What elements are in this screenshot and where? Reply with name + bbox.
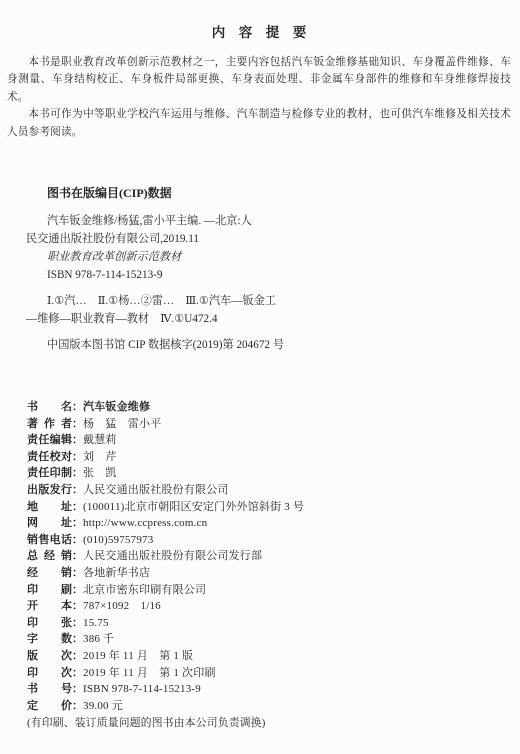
info-row: 地址：(100011)北京市朝阳区安定门外外馆斜街 3 号 <box>27 499 510 516</box>
info-colon: ： <box>72 416 83 433</box>
info-label: 印张 <box>27 615 72 632</box>
info-value: 张 凯 <box>83 467 117 479</box>
info-row: 书名：汽车钣金维修 <box>27 399 510 416</box>
summary-heading: 内 容 提 要 <box>7 21 511 41</box>
info-value: (010)59757973 <box>83 534 153 546</box>
info-label: 责任印制 <box>27 465 72 482</box>
info-label: 定价 <box>27 698 72 715</box>
info-colon: ： <box>72 465 83 482</box>
info-row: 总经销：人民交通出版社股份有限公司发行部 <box>27 548 510 565</box>
book-copyright-page: 内 容 提 要 本书是职业教育改革创新示范教材之一，主要内容包括汽车钣金维修基础… <box>0 0 520 754</box>
info-value: 各地新华书店 <box>83 567 150 579</box>
info-row: 定价：39.00 元 <box>27 698 510 715</box>
content-summary-section: 内 容 提 要 本书是职业教育改革创新示范教材之一，主要内容包括汽车钣金维修基础… <box>7 21 511 141</box>
info-label: 责任编辑 <box>27 432 72 449</box>
cip-line: ISBN 978-7-114-15213-9 <box>26 266 496 284</box>
info-label: 书号 <box>27 681 72 698</box>
info-row: 责任校对：刘 芹 <box>27 449 510 466</box>
cip-line: —维修—职业教育—教材 Ⅳ.①U472.4 <box>26 310 496 328</box>
info-value: 2019 年 11 月 第 1 次印刷 <box>83 667 216 679</box>
summary-paragraph-1: 本书是职业教育改革创新示范教材之一，主要内容包括汽车钣金维修基础知识、车身覆盖件… <box>7 54 511 106</box>
info-colon: ： <box>72 548 83 565</box>
info-row: 责任印制：张 凯 <box>27 465 510 482</box>
info-value: 人民交通出版社股份有限公司发行部 <box>83 550 262 562</box>
info-label: 印刷 <box>27 582 72 599</box>
info-value: 2019 年 11 月 第 1 版 <box>83 650 193 662</box>
info-value: 39.00 元 <box>83 700 123 712</box>
quality-note: (有印刷、装订质量问题的图书由本公司负责调换) <box>27 715 510 731</box>
info-label: 开本 <box>27 598 72 615</box>
info-value: 刘 芹 <box>83 451 117 463</box>
info-colon: ： <box>72 499 83 516</box>
info-value: 人民交通出版社股份有限公司 <box>83 484 229 496</box>
info-row: 书号：ISBN 978-7-114-15213-9 <box>27 681 510 698</box>
info-label: 销售电话 <box>27 532 72 549</box>
info-colon: ： <box>72 399 83 416</box>
info-value: 汽车钣金维修 <box>83 401 150 413</box>
info-row: 经销：各地新华书店 <box>27 565 510 582</box>
info-colon: ： <box>72 698 83 715</box>
cip-line: 中国版本图书馆 CIP 数据核字(2019)第 204672 号 <box>26 336 496 354</box>
info-label: 版次 <box>27 648 72 665</box>
info-value: 386 千 <box>83 633 114 645</box>
info-colon: ： <box>72 665 83 682</box>
info-row: 开本：787×1092 1/16 <box>27 598 510 615</box>
cip-line: 职业教育改革创新示范教材 <box>26 248 496 266</box>
info-colon: ： <box>72 532 83 549</box>
info-value: 15.75 <box>83 617 109 629</box>
info-colon: ： <box>72 681 83 698</box>
info-label: 地址 <box>27 499 72 516</box>
info-value: 戴慧莉 <box>83 434 117 446</box>
info-colon: ： <box>72 648 83 665</box>
info-colon: ： <box>72 432 83 449</box>
info-row: 销售电话：(010)59757973 <box>27 532 510 549</box>
info-label: 字数 <box>27 631 72 648</box>
info-label: 网址 <box>27 515 72 532</box>
info-label: 经销 <box>27 565 72 582</box>
info-colon: ： <box>72 482 83 499</box>
info-value: http://www.ccpress.com.cn <box>83 517 207 529</box>
summary-paragraph-2: 本书可作为中等职业学校汽车运用与维修、汽车制造与检修专业的教材，也可供汽车维修及… <box>7 106 511 141</box>
info-row: 印刷：北京市密东印刷有限公司 <box>27 582 510 599</box>
info-value: 杨 猛 雷小平 <box>83 418 161 430</box>
info-row: 著作者：杨 猛 雷小平 <box>27 416 510 433</box>
cip-body: 汽车钣金维修/杨猛,雷小平主编. —北京:人民交通出版社股份有限公司,2019.… <box>26 212 496 354</box>
publication-info-section: 书名：汽车钣金维修著作者：杨 猛 雷小平责任编辑：戴慧莉责任校对：刘 芹责任印制… <box>27 399 510 731</box>
info-colon: ： <box>72 631 83 648</box>
cip-line: Ⅰ.①汽… Ⅱ.①杨…②雷… Ⅲ.①汽车—钣金工 <box>26 292 496 310</box>
info-value: (100011)北京市朝阳区安定门外外馆斜街 3 号 <box>83 501 304 513</box>
info-value: 北京市密东印刷有限公司 <box>83 584 206 596</box>
info-colon: ： <box>72 449 83 466</box>
info-label: 责任校对 <box>27 449 72 466</box>
info-colon: ： <box>72 598 83 615</box>
info-row: 印张：15.75 <box>27 615 510 632</box>
info-colon: ： <box>72 515 83 532</box>
info-row: 版次：2019 年 11 月 第 1 版 <box>27 648 510 665</box>
publication-info-list: 书名：汽车钣金维修著作者：杨 猛 雷小平责任编辑：戴慧莉责任校对：刘 芹责任印制… <box>27 399 510 714</box>
cip-line: 民交通出版社股份有限公司,2019.11 <box>26 230 496 248</box>
cip-section: 图书在版编目(CIP)数据 汽车钣金维修/杨猛,雷小平主编. —北京:人民交通出… <box>26 184 496 354</box>
cip-heading: 图书在版编目(CIP)数据 <box>47 184 496 202</box>
info-row: 印次：2019 年 11 月 第 1 次印刷 <box>27 665 510 682</box>
info-row: 出版发行：人民交通出版社股份有限公司 <box>27 482 510 499</box>
info-label: 印次 <box>27 665 72 682</box>
info-colon: ： <box>72 565 83 582</box>
info-row: 责任编辑：戴慧莉 <box>27 432 510 449</box>
cip-line: 汽车钣金维修/杨猛,雷小平主编. —北京:人 <box>26 212 496 230</box>
info-label: 出版发行 <box>27 482 72 499</box>
info-colon: ： <box>72 582 83 599</box>
info-row: 网址：http://www.ccpress.com.cn <box>27 515 510 532</box>
info-value: ISBN 978-7-114-15213-9 <box>83 683 201 695</box>
info-colon: ： <box>72 615 83 632</box>
info-row: 字数：386 千 <box>27 631 510 648</box>
info-label: 总经销 <box>27 548 72 565</box>
info-label: 著作者 <box>27 416 72 433</box>
info-label: 书名 <box>27 399 72 416</box>
info-value: 787×1092 1/16 <box>83 600 161 612</box>
